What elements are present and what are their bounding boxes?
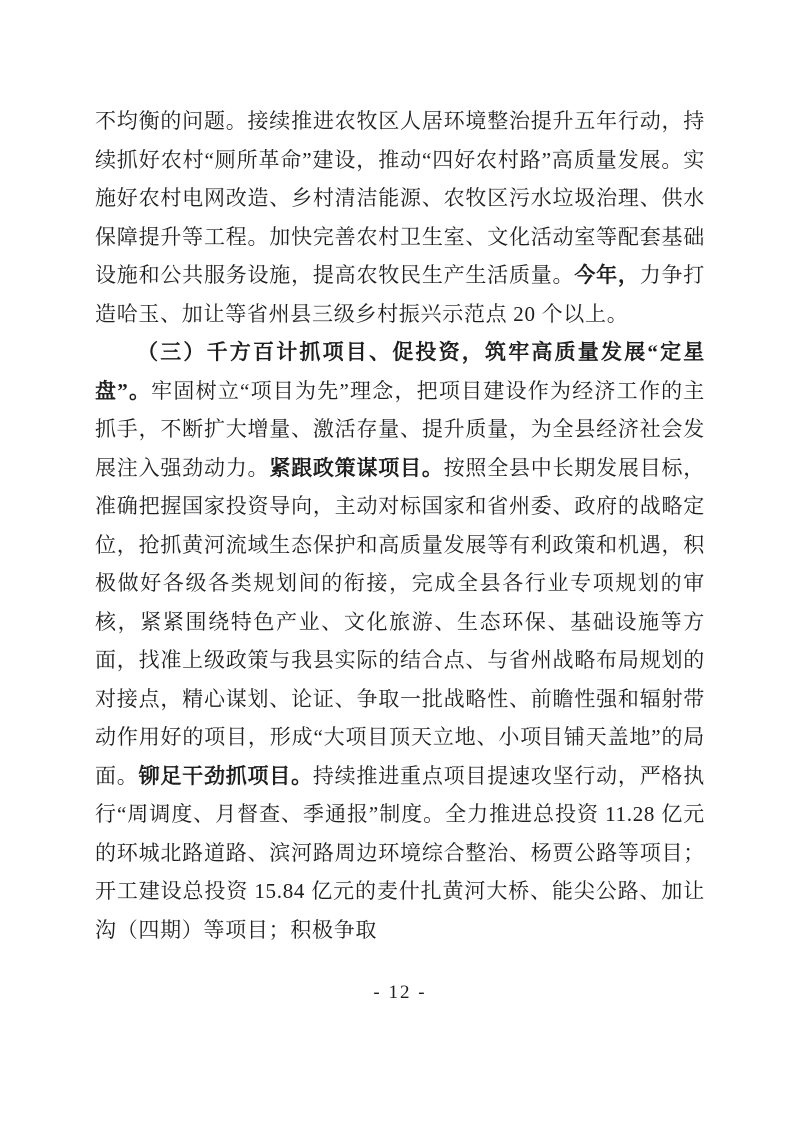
- paragraph: （三）千方百计抓项目、促投资，筑牢高质量发展“定星盘”。牢固树立“项目为先”理念…: [95, 333, 705, 949]
- bold-text-run: 今年，: [574, 263, 639, 287]
- page-number: - 12 -: [95, 980, 705, 1006]
- text-run: 按照全县中长期发展目标，准确把握国家投资导向，主动对标国家和省州委、政府的战略定…: [95, 456, 705, 788]
- document-page: 不均衡的问题。接续推进农牧区人居环境整治提升五年行动，持续抓好农村“厕所革命”建…: [0, 0, 793, 1122]
- text-run: 持续推进重点项目提速攻坚行动，严格执行“周调度、月督查、季通报”制度。全力推进总…: [95, 764, 705, 942]
- bold-text-run: 铆足干劲抓项目。: [139, 764, 313, 788]
- text-run: 不均衡的问题。接续推进农牧区人居环境整治提升五年行动，持续抓好农村“厕所革命”建…: [95, 109, 705, 287]
- paragraph: 不均衡的问题。接续推进农牧区人居环境整治提升五年行动，持续抓好农村“厕所革命”建…: [95, 102, 705, 333]
- bold-text-run: 紧跟政策谋项目。: [269, 456, 443, 480]
- document-body: 不均衡的问题。接续推进农牧区人居环境整治提升五年行动，持续抓好农村“厕所革命”建…: [95, 102, 705, 949]
